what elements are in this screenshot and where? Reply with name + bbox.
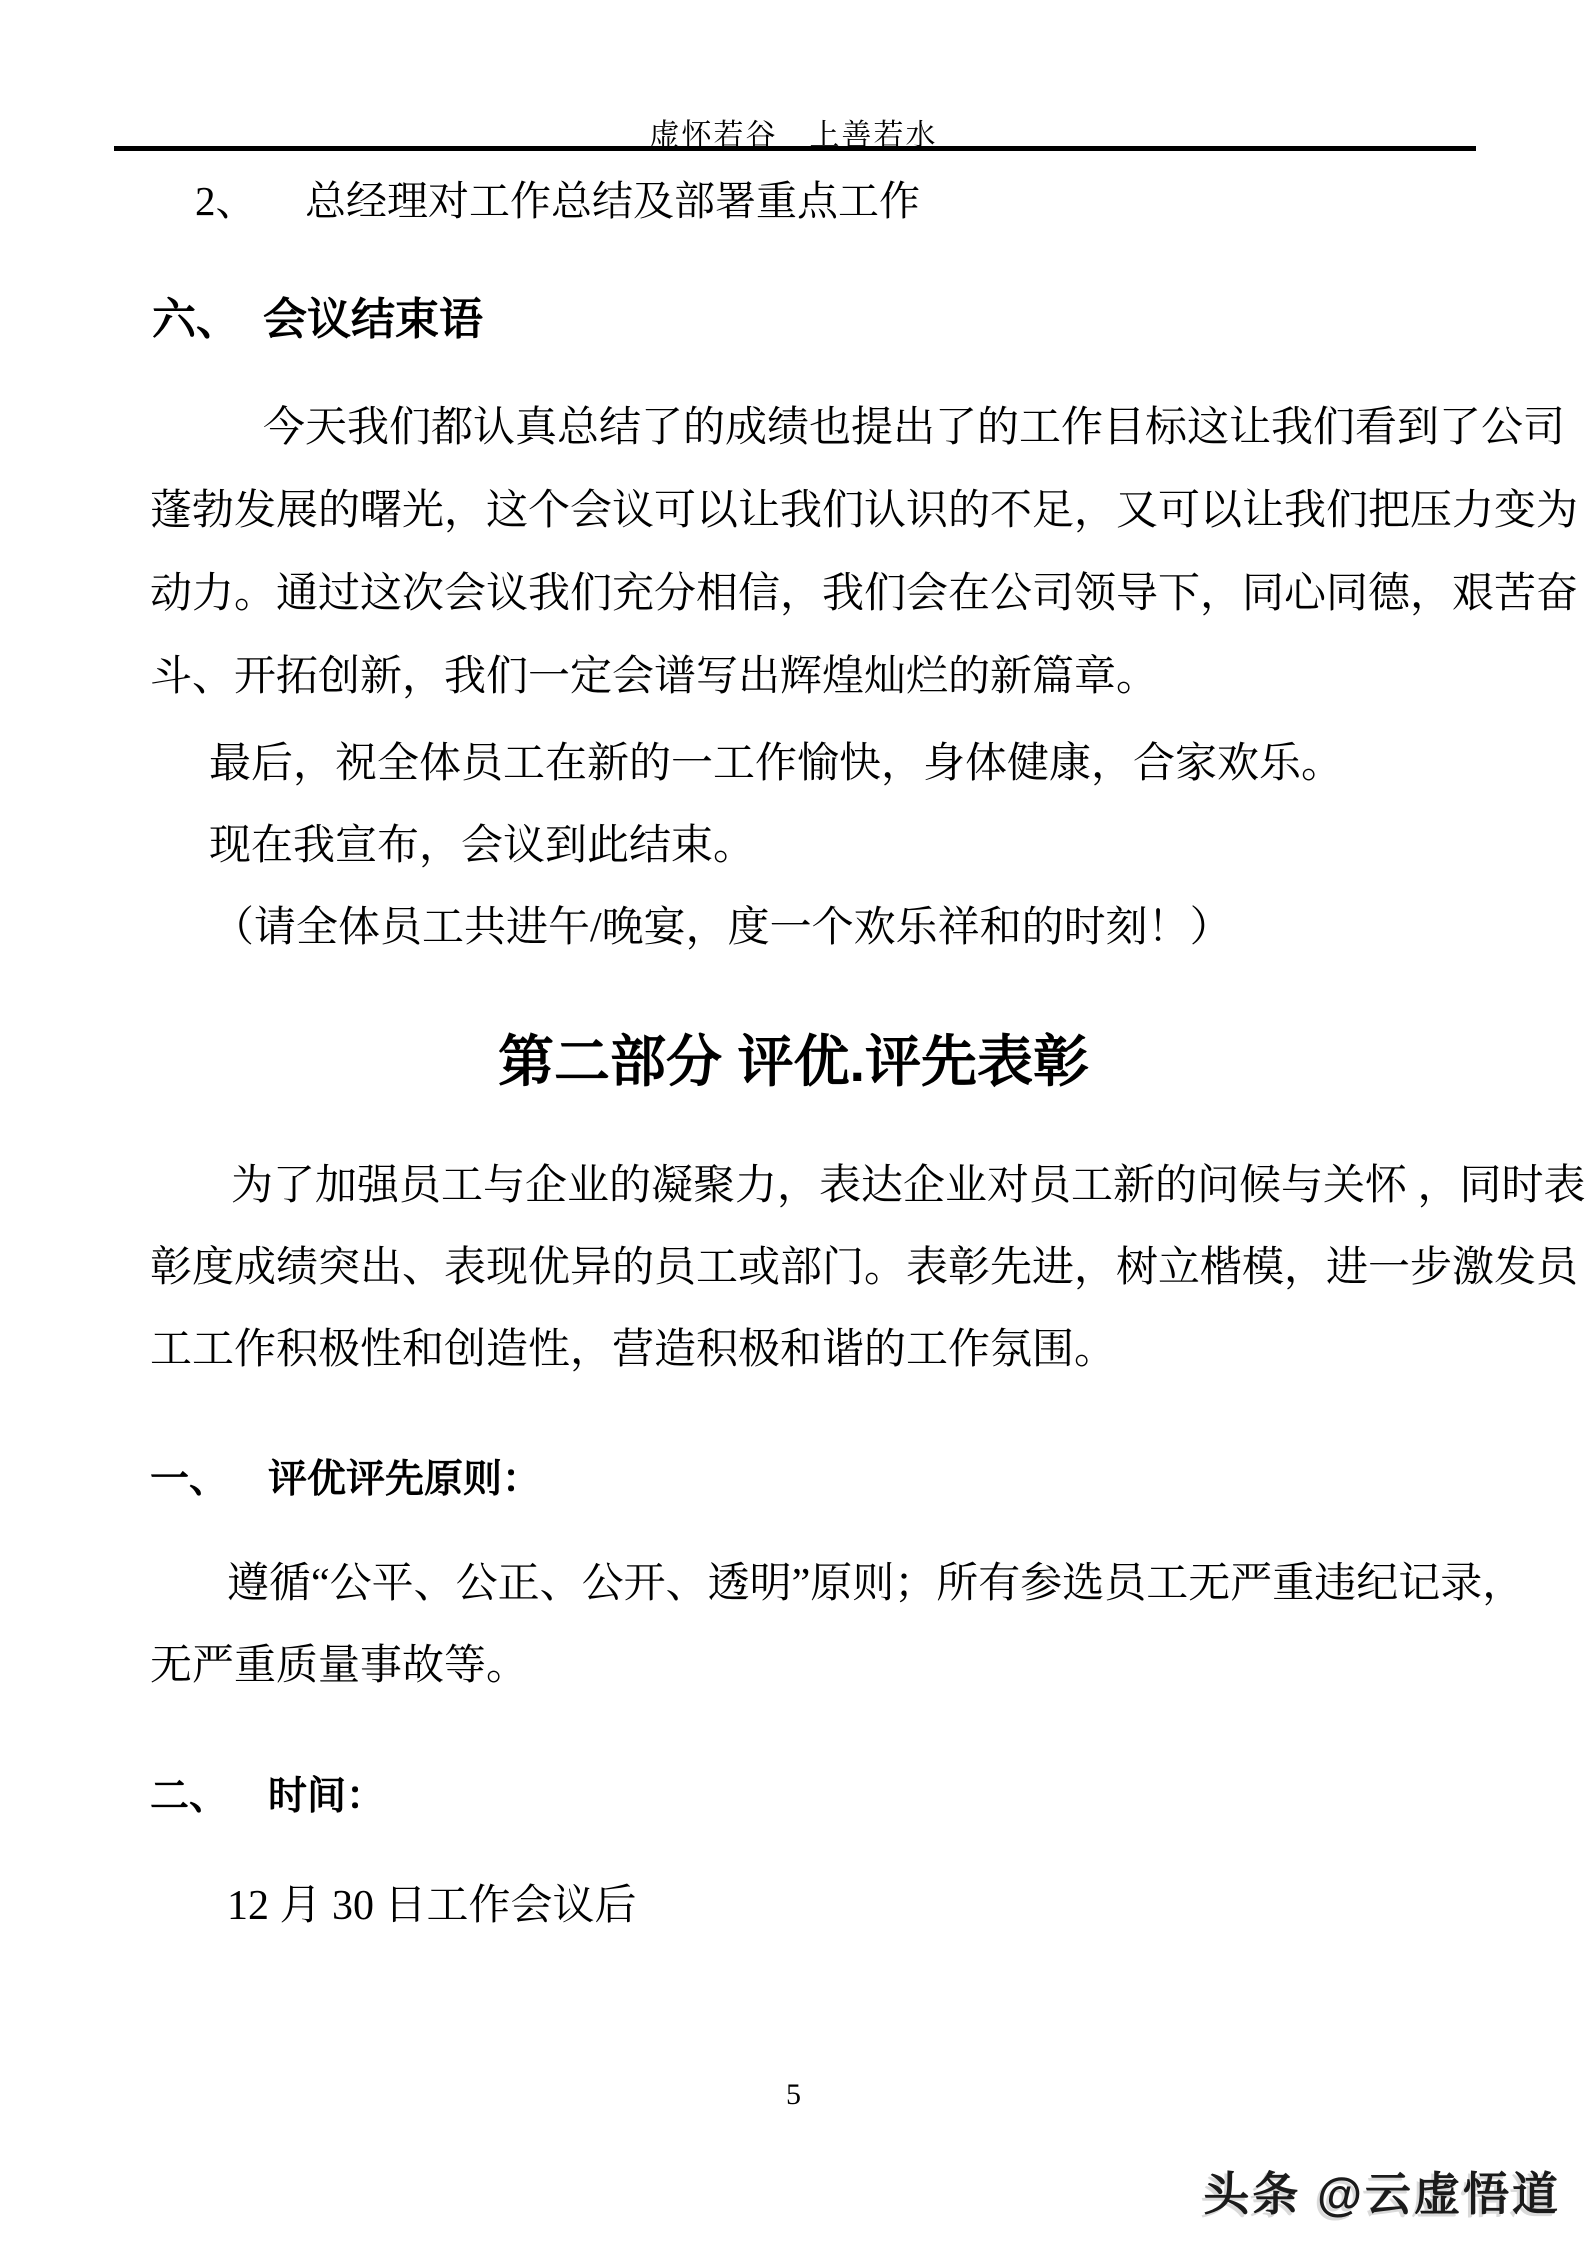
- closing-paragraph-line: 动力。通过这次会议我们充分相信，我们会在公司领导下，同心同德，艰苦奋: [150, 553, 1550, 636]
- section-heading-2-title: 时间：: [268, 1775, 385, 1818]
- closing-line-wish: 最后，祝全体员工在新的一工作愉快，身体健康，合家欢乐。: [150, 723, 1550, 805]
- intro-paragraph-line: 为了加强员工与企业的凝聚力，表达企业对员工新的问候与关怀 ，同时表: [150, 1145, 1550, 1227]
- agenda-item-2: 2、总经理对工作总结及部署重点工作: [195, 168, 920, 227]
- section-heading-6-marker: 六、: [152, 283, 263, 347]
- closing-lines: 最后，祝全体员工在新的一工作愉快，身体健康，合家欢乐。 现在我宣布，会议到此结束…: [150, 723, 1550, 969]
- closing-line-announce: 现在我宣布，会议到此结束。: [150, 805, 1550, 887]
- section-heading-1: 一、评优评先原则：: [150, 1448, 541, 1504]
- principle-paragraph-line: 遵循“公平、公正、公开、透明”原则；所有参选员工无严重违纪记录，: [150, 1543, 1550, 1625]
- closing-line-banquet: （请全体员工共进午/晚宴，度一个欢乐祥和的时刻！）: [150, 887, 1550, 969]
- section-heading-2-marker: 二、: [150, 1765, 268, 1821]
- agenda-item-2-text: 总经理对工作总结及部署重点工作: [305, 178, 920, 224]
- closing-paragraph-line: 斗、开拓创新，我们一定会谱写出辉煌灿烂的新篇章。: [150, 636, 1550, 719]
- intro-paragraph-line: 彰度成绩突出、表现优异的员工或部门。表彰先进，树立楷模，进一步激发员: [150, 1227, 1550, 1309]
- agenda-item-2-marker: 2、: [195, 168, 305, 227]
- section-heading-2: 二、时间：: [150, 1765, 385, 1821]
- section-heading-1-marker: 一、: [150, 1448, 268, 1504]
- closing-paragraph-line: 今天我们都认真总结了的成绩也提出了的工作目标这让我们看到了公司: [150, 387, 1550, 470]
- section-heading-1-title: 评优评先原则：: [268, 1458, 541, 1501]
- section-heading-6: 六、会议结束语: [152, 283, 483, 347]
- part2-title: 第二部分 评优.评先表彰: [0, 1018, 1587, 1098]
- time-line: 12 月 30 日工作会议后: [150, 1872, 637, 1932]
- document-page: 虚怀若谷 上善若水 2、总经理对工作总结及部署重点工作 六、会议结束语 今天我们…: [0, 0, 1587, 2245]
- watermark: 头条 @云虚悟道: [1203, 2158, 1561, 2224]
- page-number: 5: [0, 2078, 1587, 2112]
- closing-paragraph: 今天我们都认真总结了的成绩也提出了的工作目标这让我们看到了公司 蓬勃发展的曙光，…: [150, 387, 1550, 719]
- header-rule: [114, 146, 1476, 151]
- intro-paragraph-line: 工工作积极性和创造性，营造积极和谐的工作氛围。: [150, 1309, 1550, 1391]
- section-heading-6-title: 会议结束语: [263, 295, 483, 344]
- closing-paragraph-line: 蓬勃发展的曙光，这个会议可以让我们认识的不足，又可以让我们把压力变为: [150, 470, 1550, 553]
- intro-paragraph: 为了加强员工与企业的凝聚力，表达企业对员工新的问候与关怀 ，同时表 彰度成绩突出…: [150, 1145, 1550, 1391]
- principle-paragraph: 遵循“公平、公正、公开、透明”原则；所有参选员工无严重违纪记录， 无严重质量事故…: [150, 1543, 1550, 1707]
- principle-paragraph-line: 无严重质量事故等。: [150, 1625, 1550, 1707]
